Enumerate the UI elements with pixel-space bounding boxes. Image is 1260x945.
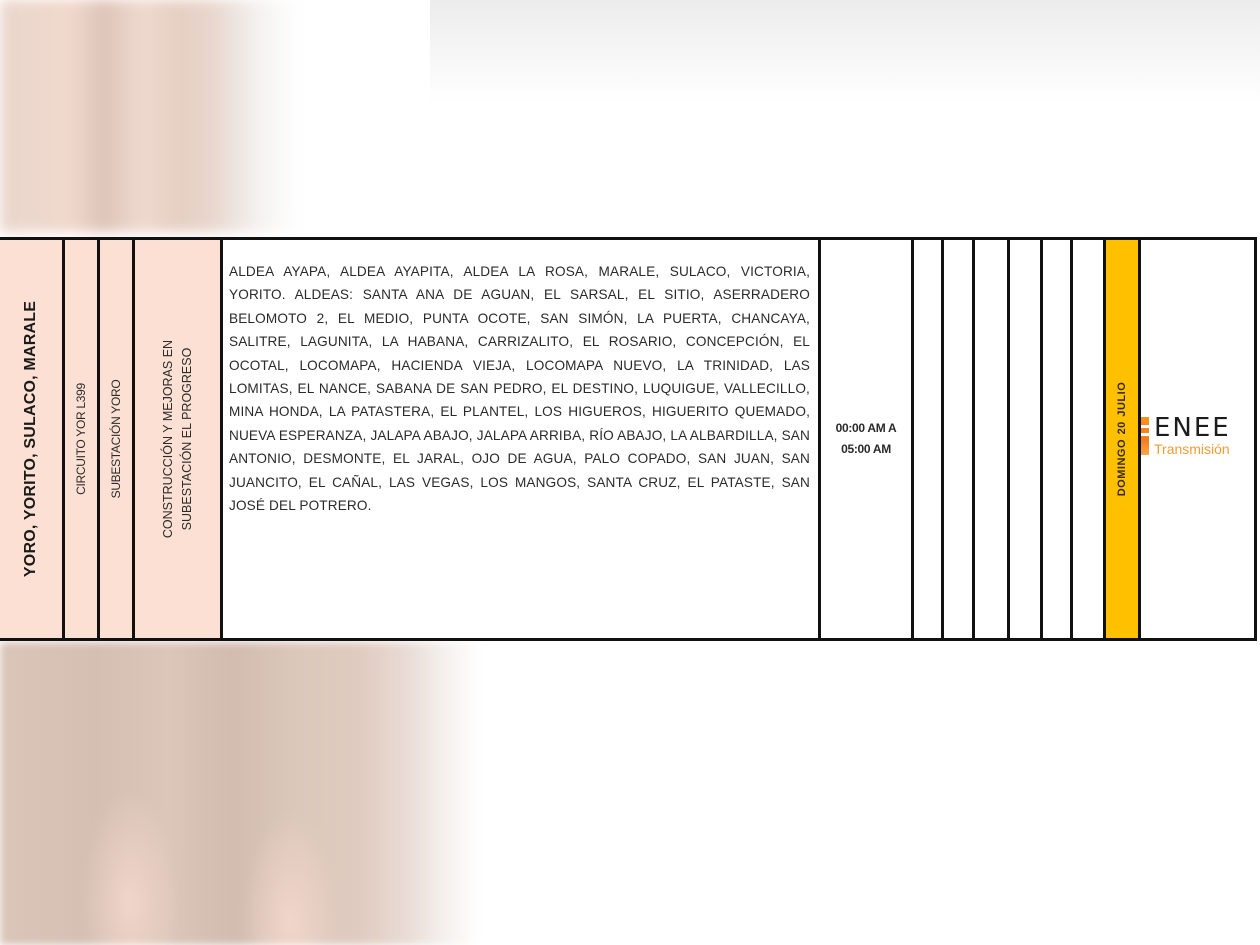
blank-cell: [975, 240, 1010, 638]
time-window-cell: 00:00 AM A05:00 AM: [821, 240, 914, 638]
blank-cell: [944, 240, 975, 638]
blurred-background-top-left: [0, 0, 470, 232]
circuit-cell: CIRCUITO YOR L399: [65, 240, 100, 638]
blank-cell: [1073, 240, 1106, 638]
outage-schedule-row: YORO, YORITO, SULACO, MARALE CIRCUITO YO…: [0, 237, 1257, 641]
substation-cell: SUBESTACIÓN YORO: [100, 240, 135, 638]
affected-areas-text: ALDEA AYAPA, ALDEA AYAPITA, ALDEA LA ROS…: [229, 260, 810, 517]
time-window-text: 00:00 AM A05:00 AM: [836, 418, 897, 460]
enee-logo: ENEE Transmisión: [1141, 416, 1254, 466]
blank-cell: [1010, 240, 1043, 638]
blurred-background-top-right: [430, 0, 1260, 232]
work-description-cell: CONSTRUCCIÓN Y MEJORAS EN SUBESTACIÓN EL…: [135, 240, 223, 638]
substation-text: SUBESTACIÓN YORO: [109, 380, 123, 499]
blank-cell: [1043, 240, 1073, 638]
work-description-text: CONSTRUCCIÓN Y MEJORAS EN SUBESTACIÓN EL…: [159, 309, 197, 569]
blank-cell: [914, 240, 944, 638]
logo-subtitle: Transmisión: [1154, 441, 1230, 457]
enee-bars-icon: [1141, 417, 1149, 455]
circuit-text: CIRCUITO YOR L399: [74, 383, 88, 495]
date-text: DOMINGO 20 JULIO: [1116, 382, 1128, 497]
location-cell: YORO, YORITO, SULACO, MARALE: [0, 240, 65, 638]
logo-cell: ENEE Transmisión: [1141, 240, 1254, 638]
affected-areas-cell: ALDEA AYAPA, ALDEA AYAPITA, ALDEA LA ROS…: [223, 240, 821, 638]
location-text: YORO, YORITO, SULACO, MARALE: [22, 301, 40, 577]
logo-name: ENEE: [1154, 413, 1231, 443]
date-cell: DOMINGO 20 JULIO: [1106, 240, 1141, 638]
blurred-background-bottom-left: [0, 642, 480, 945]
